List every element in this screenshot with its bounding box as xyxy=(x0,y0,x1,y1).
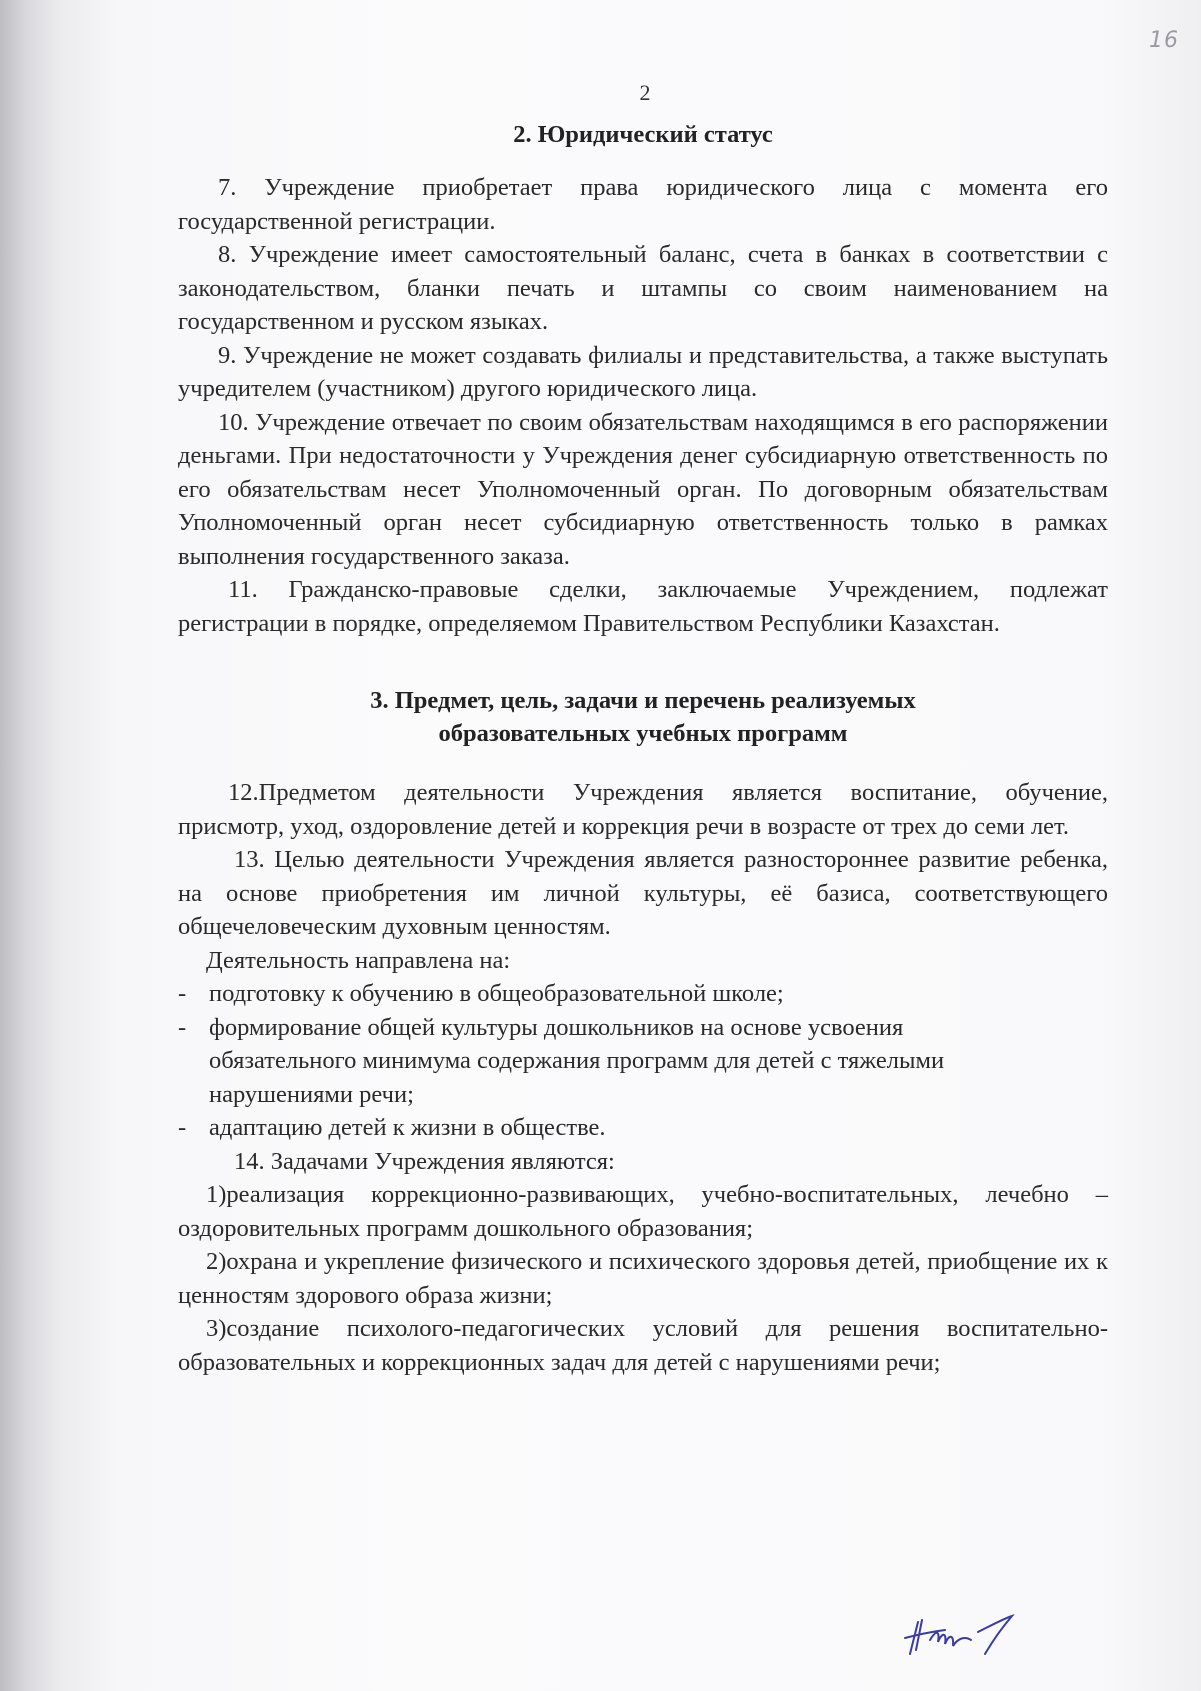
section-3-title-line-2: образовательных учебных программ xyxy=(178,717,1108,750)
clause-9: 9. Учреждение не может создавать филиалы… xyxy=(178,339,1108,406)
section-2-title: 2. Юридический статус xyxy=(178,118,1108,151)
clause-13: 13. Целью деятельности Учреждения являет… xyxy=(178,843,1108,944)
handwritten-page-mark: 16 xyxy=(1149,28,1179,53)
activity-intro: Деятельность направлена на: xyxy=(178,944,1108,978)
clause-10: 10. Учреждение отвечает по своим обязате… xyxy=(178,406,1108,574)
dash-bullet: - xyxy=(178,1111,186,1145)
clause-14-intro: 14. Задачами Учреждения являются: xyxy=(178,1145,1108,1179)
scanned-page: 16 2 2. Юридический статус 7. Учреждение… xyxy=(0,0,1201,1691)
activity-item: - формирование общей культуры дошкольник… xyxy=(178,1011,1108,1112)
activity-item: - подготовку к обучению в общеобразовате… xyxy=(178,977,1108,1011)
section-3-title-line-1: 3. Предмет, цель, задачи и перечень реал… xyxy=(178,684,1108,717)
clause-12: 12.Предметом деятельности Учреждения явл… xyxy=(178,776,1108,843)
task-1: 1)реализация коррекционно-развивающих, у… xyxy=(178,1178,1108,1245)
task-3: 3)создание психолого-педагогических усло… xyxy=(178,1312,1108,1379)
task-2: 2)охрана и укрепление физического и псих… xyxy=(178,1245,1108,1312)
page-number: 2 xyxy=(0,80,1201,106)
dash-bullet: - xyxy=(178,1011,186,1045)
section-3-title: 3. Предмет, цель, задачи и перечень реал… xyxy=(178,684,1108,750)
dash-bullet: - xyxy=(178,977,186,1011)
signature xyxy=(900,1610,1030,1660)
document-body: 2. Юридический статус 7. Учреждение прио… xyxy=(178,118,1108,1379)
clause-8: 8. Учреждение имеет самостоятельный бала… xyxy=(178,238,1108,339)
activity-item: - адаптацию детей к жизни в обществе. xyxy=(178,1111,1108,1145)
clause-11: 11. Гражданско-правовые сделки, заключае… xyxy=(178,573,1108,640)
clause-7: 7. Учреждение приобретает права юридичес… xyxy=(178,171,1108,238)
